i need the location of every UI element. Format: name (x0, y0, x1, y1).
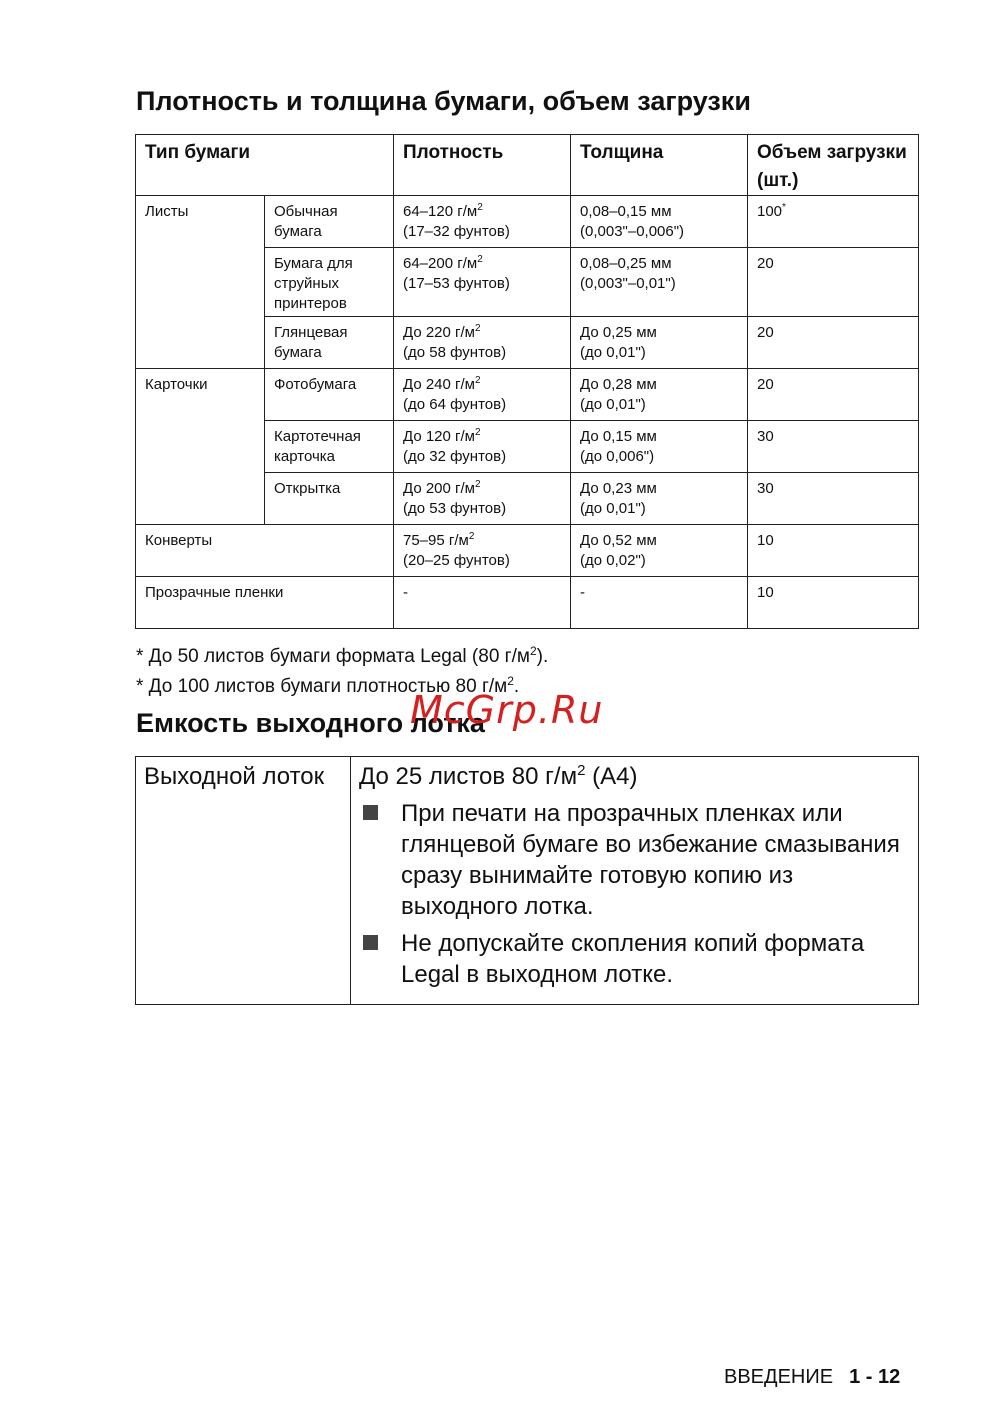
table-row: Конверты 75–95 г/м2(20–25 фунтов) До 0,5… (136, 525, 919, 577)
density-cell: До 240 г/м2(до 64 фунтов) (394, 369, 571, 421)
header-density: Плотность (394, 135, 571, 196)
watermark: McGrp.Ru (410, 688, 603, 732)
list-item: При печати на прозрачных пленках или гля… (359, 798, 910, 922)
tray-label-cell: Выходной лоток (136, 757, 351, 1005)
tray-value-cell: До 25 листов 80 г/м2 (A4) При печати на … (351, 757, 919, 1005)
thickness-cell: - (571, 577, 748, 629)
capacity-cell: 20 (748, 248, 919, 317)
type-cell: Глянцевая бумага (265, 317, 394, 369)
capacity-cell: 20 (748, 369, 919, 421)
thickness-cell: 0,08–0,25 мм(0,003"–0,01") (571, 248, 748, 317)
header-thickness: Толщина (571, 135, 748, 196)
square-bullet-icon (363, 805, 378, 820)
thickness-cell: До 0,25 мм(до 0,01") (571, 317, 748, 369)
output-tray-table: Выходной лоток До 25 листов 80 г/м2 (A4)… (135, 756, 919, 1005)
capacity-cell: 30 (748, 473, 919, 525)
list-item: Не допускайте скопления копий формата Le… (359, 928, 910, 990)
density-cell: До 220 г/м2(до 58 фунтов) (394, 317, 571, 369)
group-cell: Прозрачные пленки (136, 577, 394, 629)
thickness-cell: 0,08–0,15 мм(0,003"–0,006") (571, 196, 748, 248)
section-title-paper-weight: Плотность и толщина бумаги, объем загруз… (136, 86, 751, 117)
group-cell: Карточки (136, 369, 265, 525)
header-capacity: Объем загрузки (шт.) (748, 135, 919, 196)
density-cell: До 200 г/м2(до 53 фунтов) (394, 473, 571, 525)
thickness-cell: До 0,23 мм(до 0,01") (571, 473, 748, 525)
capacity-cell: 10 (748, 577, 919, 629)
chapter-label: ВВЕДЕНИЕ (724, 1366, 833, 1388)
table-row: Карточки Фотобумага До 240 г/м2(до 64 фу… (136, 369, 919, 421)
thickness-cell: До 0,28 мм(до 0,01") (571, 369, 748, 421)
type-cell: Обычная бумага (265, 196, 394, 248)
page-number: 1 - 12 (849, 1366, 900, 1388)
paper-spec-table: Тип бумаги Плотность Толщина Объем загру… (135, 134, 919, 629)
density-cell: - (394, 577, 571, 629)
capacity-cell: 10 (748, 525, 919, 577)
density-cell: 64–120 г/м2(17–32 фунтов) (394, 196, 571, 248)
density-cell: 64–200 г/м2(17–53 фунтов) (394, 248, 571, 317)
group-cell: Конверты (136, 525, 394, 577)
group-cell: Листы (136, 196, 265, 369)
type-cell: Фотобумага (265, 369, 394, 421)
table-header-row: Тип бумаги Плотность Толщина Объем загру… (136, 135, 919, 196)
thickness-cell: До 0,15 мм(до 0,006") (571, 421, 748, 473)
type-cell: Открытка (265, 473, 394, 525)
tray-capacity: До 25 листов 80 г/м2 (A4) (359, 761, 910, 792)
table-row: Выходной лоток До 25 листов 80 г/м2 (A4)… (136, 757, 919, 1005)
type-cell: Картотечная карточка (265, 421, 394, 473)
table-row: Прозрачные пленки - - 10 (136, 577, 919, 629)
table-row: Листы Обычная бумага 64–120 г/м2(17–32 ф… (136, 196, 919, 248)
capacity-cell: 30 (748, 421, 919, 473)
thickness-cell: До 0,52 мм(до 0,02") (571, 525, 748, 577)
header-paper-type: Тип бумаги (136, 135, 394, 196)
tray-notes-list: При печати на прозрачных пленках или гля… (359, 798, 910, 990)
footnote: * До 50 листов бумаги формата Legal (80 … (136, 642, 548, 672)
square-bullet-icon (363, 935, 378, 950)
capacity-cell: 100* (748, 196, 919, 248)
density-cell: До 120 г/м2(до 32 фунтов) (394, 421, 571, 473)
type-cell: Бумага для струйных принтеров (265, 248, 394, 317)
page-footer: ВВЕДЕНИЕ1 - 12 (724, 1366, 900, 1389)
capacity-cell: 20 (748, 317, 919, 369)
density-cell: 75–95 г/м2(20–25 фунтов) (394, 525, 571, 577)
